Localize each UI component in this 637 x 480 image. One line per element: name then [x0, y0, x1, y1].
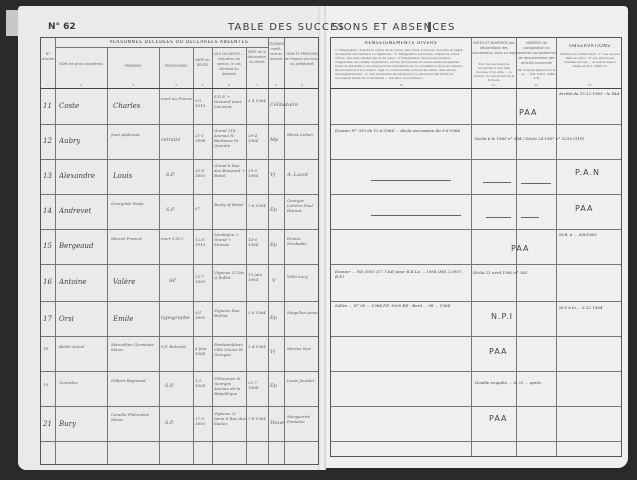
row-observations: Arrêté du 15.12.1965 - le PAA [559, 91, 621, 96]
row-nom: Aubry [59, 137, 80, 145]
row-etat: Ep [270, 242, 277, 248]
row-nom: Alexandre [59, 172, 95, 180]
observations-note: Mentionner notamment : 1° Les renvois fa… [559, 52, 621, 84]
dates-declarations-note: Pour les successions recueillies à une d… [473, 62, 515, 84]
row-profession: S.P. [166, 207, 175, 213]
row-divider [41, 406, 318, 407]
row-divider [41, 264, 318, 265]
row-etat: Vf [270, 172, 275, 178]
row-number: 14 [43, 207, 52, 215]
col-number: 7 [246, 83, 268, 87]
group-header: PERSONNES DÉCÉDÉES OU DÉCLARÉES ABSENTES [59, 40, 299, 45]
row-divider [331, 229, 621, 230]
row-date-declaration: 14-6 1964 [248, 237, 268, 247]
title-right: SIONS ET ABSENCES [332, 22, 456, 33]
row-date-declaration: 25.7 1964 [248, 380, 268, 390]
row-divider [331, 159, 621, 160]
col-header-dates-declarations: DATES ET NUMÉROS des déclarations des su… [472, 41, 516, 59]
row-numero: PAA [519, 109, 537, 117]
row-conjoint: A. Lucot [287, 172, 308, 178]
row-divider [41, 88, 318, 89]
row-divider [331, 264, 621, 265]
row-divider [331, 301, 621, 302]
row-prenoms: Jean Alphonse [111, 132, 157, 137]
row-numero: PAA [511, 245, 529, 253]
col-divider [159, 47, 160, 464]
blank-dash [371, 215, 461, 216]
row-nom: Andrevet [59, 207, 91, 215]
row-renseignements: Salles ... N° 99 ... 1964 P.F. 1000 BE -… [335, 303, 465, 308]
row-date-declaration: 15 juin 1964 [248, 272, 268, 282]
row-date-deces: 67 [195, 206, 212, 211]
row-nom: Bury [59, 420, 76, 428]
row-divider [41, 194, 318, 195]
row-divider [41, 371, 318, 372]
row-dates-declarations: Décla 6 le 1965 n° 584 / Décla 24 1967 n… [475, 136, 595, 141]
row-divider [331, 371, 621, 372]
col-divider [268, 38, 269, 464]
row-date-deces: 25-7 1895 [195, 274, 212, 284]
row-dates-declarations: N.P.I [491, 313, 513, 321]
row-profession: typographe [161, 315, 190, 321]
col-header-date-deces: DATE du DÉCÈS [193, 58, 212, 68]
col-header-no: N° d'ordre [41, 52, 55, 62]
row-number: 12 [43, 137, 52, 145]
row-divider [331, 406, 621, 407]
row-date-deces: 9/1 1895 [195, 310, 212, 320]
row-conjoint: Marguerite Fontaine [287, 414, 319, 424]
row-nom: Bergeaud [59, 242, 93, 250]
row-date-declaration: 7-6 1964 [248, 203, 268, 208]
row-date-deces: 9-5 1919 [195, 98, 212, 108]
row-number: 11 [43, 102, 52, 110]
row-number: 19 [43, 382, 55, 387]
row-prenoms: Camille Philomène Marie [111, 412, 157, 422]
row-number: 21 [43, 420, 52, 428]
row-conjoint: Magellan Anna [287, 310, 319, 315]
divider [55, 47, 268, 48]
col-number: 4 [159, 83, 193, 87]
row-date-deces: 12.8 1919 [195, 237, 212, 247]
row-number: 15 [43, 242, 52, 250]
renseignements-note-1: 1° Désignation, d'après la notice de la … [335, 48, 467, 84]
row-dates-declarations: PAA [489, 348, 507, 356]
row-etat: Ep [270, 207, 277, 213]
row-date-deces: 6 juin 1984 [195, 346, 212, 356]
row-profession: SP [169, 278, 176, 284]
row-number: 17 [43, 315, 52, 323]
row-etat: Ep [270, 315, 277, 321]
col-header-prenoms: PRÉNOMS [107, 64, 159, 69]
row-profession: S.P. [165, 383, 174, 389]
row-observations: M.R. à ... 6/8/1963 [559, 232, 619, 237]
row-lieu: Villeneuve St Georges Avenue de la Répub… [214, 376, 246, 396]
col-header-observations: OBSERVATIONS [557, 44, 623, 49]
col-divider [471, 38, 472, 456]
row-date-deces: 1-2 1954 [195, 378, 212, 388]
row-prenoms: Gilbert Raymond [111, 378, 157, 383]
row-prenoms: Louis [113, 172, 132, 180]
col-number: 6 [212, 83, 246, 87]
row-nom: Gonzales [59, 380, 105, 385]
row-lieu: Vigneux Rue Bréhat [214, 308, 246, 318]
row-date-deces: 21-1 1898 [195, 133, 212, 143]
row-lieu: S.D.F. + Dossard mort Lieuvent [214, 94, 246, 109]
row-conjoint: Louis Jourdat [287, 378, 319, 383]
col-divider [556, 38, 557, 456]
row-nom: Orsi [59, 315, 74, 323]
col-header-renseignements: RENSEIGNEMENTS DIVERS [331, 41, 471, 46]
row-prenoms: Marcel Francis [111, 236, 157, 241]
row-lieu: Bouly of Bebel [214, 202, 246, 207]
row-lieu: Vigneux 12 bis Q Rollet [214, 270, 246, 280]
col-number: 2 [55, 83, 107, 87]
col-number: 5 [193, 83, 212, 87]
row-prenoms: Valère [113, 278, 135, 286]
right-register-table: RENSEIGNEMENTS DIVERS 1° Désignation, d'… [330, 37, 622, 457]
row-date-deces: 17-5 1893 [195, 416, 212, 426]
row-divider [41, 301, 318, 302]
row-divider [41, 441, 318, 442]
row-divider [331, 88, 621, 89]
col-header-date-declaration: DATE de la déclaration du décès [246, 50, 268, 84]
row-divider [331, 124, 621, 125]
row-divider [331, 441, 621, 442]
row-profession: S.P. Retraité [161, 344, 193, 349]
left-register-table: PERSONNES DÉCÉDÉES OU DÉCLARÉES ABSENTES… [40, 37, 319, 465]
row-number: 18 [43, 346, 55, 351]
row-prenoms: Charles [113, 102, 140, 110]
row-profession: S.P. [165, 420, 174, 426]
row-conjoint: Denise Strobaldo [287, 236, 319, 246]
col-divider [107, 47, 108, 464]
col-header-numero: NUMÉRO de consignation au sommier ou bor… [517, 41, 556, 67]
row-dates-declarations: PAA [489, 415, 507, 423]
row-conjoint: Marie Lebon [287, 132, 319, 137]
page-mark [428, 22, 431, 32]
row-divider [41, 229, 318, 230]
row-observations: M.S à la ... 3.12.1964 [559, 305, 619, 310]
row-dates-declarations: Double enquête ... le 23 ... après [475, 380, 565, 385]
row-date-declaration: 2.6 1964 [248, 310, 268, 315]
row-nom: Coste [59, 102, 79, 110]
title-left: TABLE DES SUCCES [228, 22, 345, 33]
row-lieu: Grand 118 Avenue H. Barbusse St Quentin [214, 128, 246, 148]
row-profession: mort S.N.C. [161, 236, 193, 241]
row-date-declaration: 1.4.1964 [248, 344, 268, 349]
row-profession: retraité [161, 137, 180, 143]
row-date-declaration: 3.4 1964 [248, 98, 268, 103]
col-number: 11 [471, 83, 516, 87]
row-etat: Célibataire [270, 102, 298, 108]
row-lieu: Grand 6 Rue des Brassard + Bebel [214, 163, 246, 178]
row-prenoms: Georgette Paule [111, 201, 157, 206]
col-header-conjoint: NOM ET PRÉNOMS de l'époux survivant ou p… [284, 52, 320, 82]
numero-note: Par d'après apparent à la ... au ... (Ar… [517, 68, 556, 84]
row-conjoint: Vella Lucy [287, 274, 319, 279]
row-etat: Veuve [270, 420, 285, 426]
row-etat: V [272, 278, 276, 284]
row-divider [41, 159, 318, 160]
row-conjoint: Marius Noé [287, 346, 319, 351]
row-divider [331, 336, 621, 337]
row-date-declaration: 29-4 1964 [248, 133, 268, 143]
row-divider [331, 194, 621, 195]
row-number: 13 [43, 172, 52, 180]
blank-dash [486, 217, 511, 218]
col-header-nom: NOM (en gros caractères) [55, 62, 107, 67]
row-observations: P.A.N [575, 169, 600, 177]
col-divider [193, 47, 194, 464]
row-profession: mort au France [161, 96, 193, 101]
col-header-profession: PROFESSION [159, 64, 193, 69]
col-divider [246, 47, 247, 464]
row-renseignements: Dossier ... ND 3955 (17.7.64) pour R.E.L… [335, 269, 465, 279]
col-divider [55, 38, 56, 464]
row-number: 16 [43, 278, 52, 286]
row-prenoms: Marcelline Germaine Marie [111, 342, 157, 352]
blank-dash [483, 182, 511, 183]
col-number: 13 [556, 83, 623, 87]
row-nom: Bellet Armel [59, 344, 105, 349]
row-renseignements: Dossier N° 315 du 12.6.1964 ... décla su… [335, 128, 465, 133]
blank-dash [521, 217, 539, 218]
col-header-etat: CÉLIBATAIRE, marié, veuf ou divorcé [268, 42, 284, 84]
row-lieu: Vigneux 3/ Janin 8 Rue des Saules [214, 411, 246, 426]
row-lieu: Monbojou + Grand + Strasse [214, 232, 246, 247]
row-profession: S.P. [166, 172, 175, 178]
col-number: 8 [268, 83, 284, 87]
row-date-declaration: 7.8 1964 [248, 416, 268, 421]
row-prenoms: Emile [113, 315, 133, 323]
row-etat: Ep [270, 383, 277, 389]
blank-dash [371, 180, 451, 181]
col-number: 9 [284, 83, 320, 87]
row-nom: Antoine [59, 278, 86, 286]
col-number: 1 [41, 83, 55, 87]
row-etat: Mp [270, 137, 278, 143]
row-dates-declarations: Décla 21 avril 1965 n° 382 [473, 270, 553, 275]
col-divider [212, 47, 213, 464]
row-conjoint: Georges Lohérin Paul Hurant [287, 198, 319, 213]
row-divider [41, 336, 318, 337]
col-number: 12 [516, 83, 556, 87]
col-number: 3 [107, 83, 159, 87]
col-header-lieu: LIEU DU DÉCÈS — Indication du canton, le… [212, 52, 246, 82]
col-number: 10 [331, 83, 471, 87]
row-date-deces: 25-8 1893 [195, 168, 212, 178]
row-divider [41, 124, 318, 125]
row-lieu: Fontainebleau Ville Neuve St Georges [214, 342, 246, 357]
register-number: N° 62 [48, 22, 76, 32]
row-observations: PAA [575, 205, 593, 213]
row-etat: Vf [270, 349, 275, 355]
row-date-declaration: 29-5 1964 [248, 168, 268, 178]
blank-dash [521, 183, 551, 184]
